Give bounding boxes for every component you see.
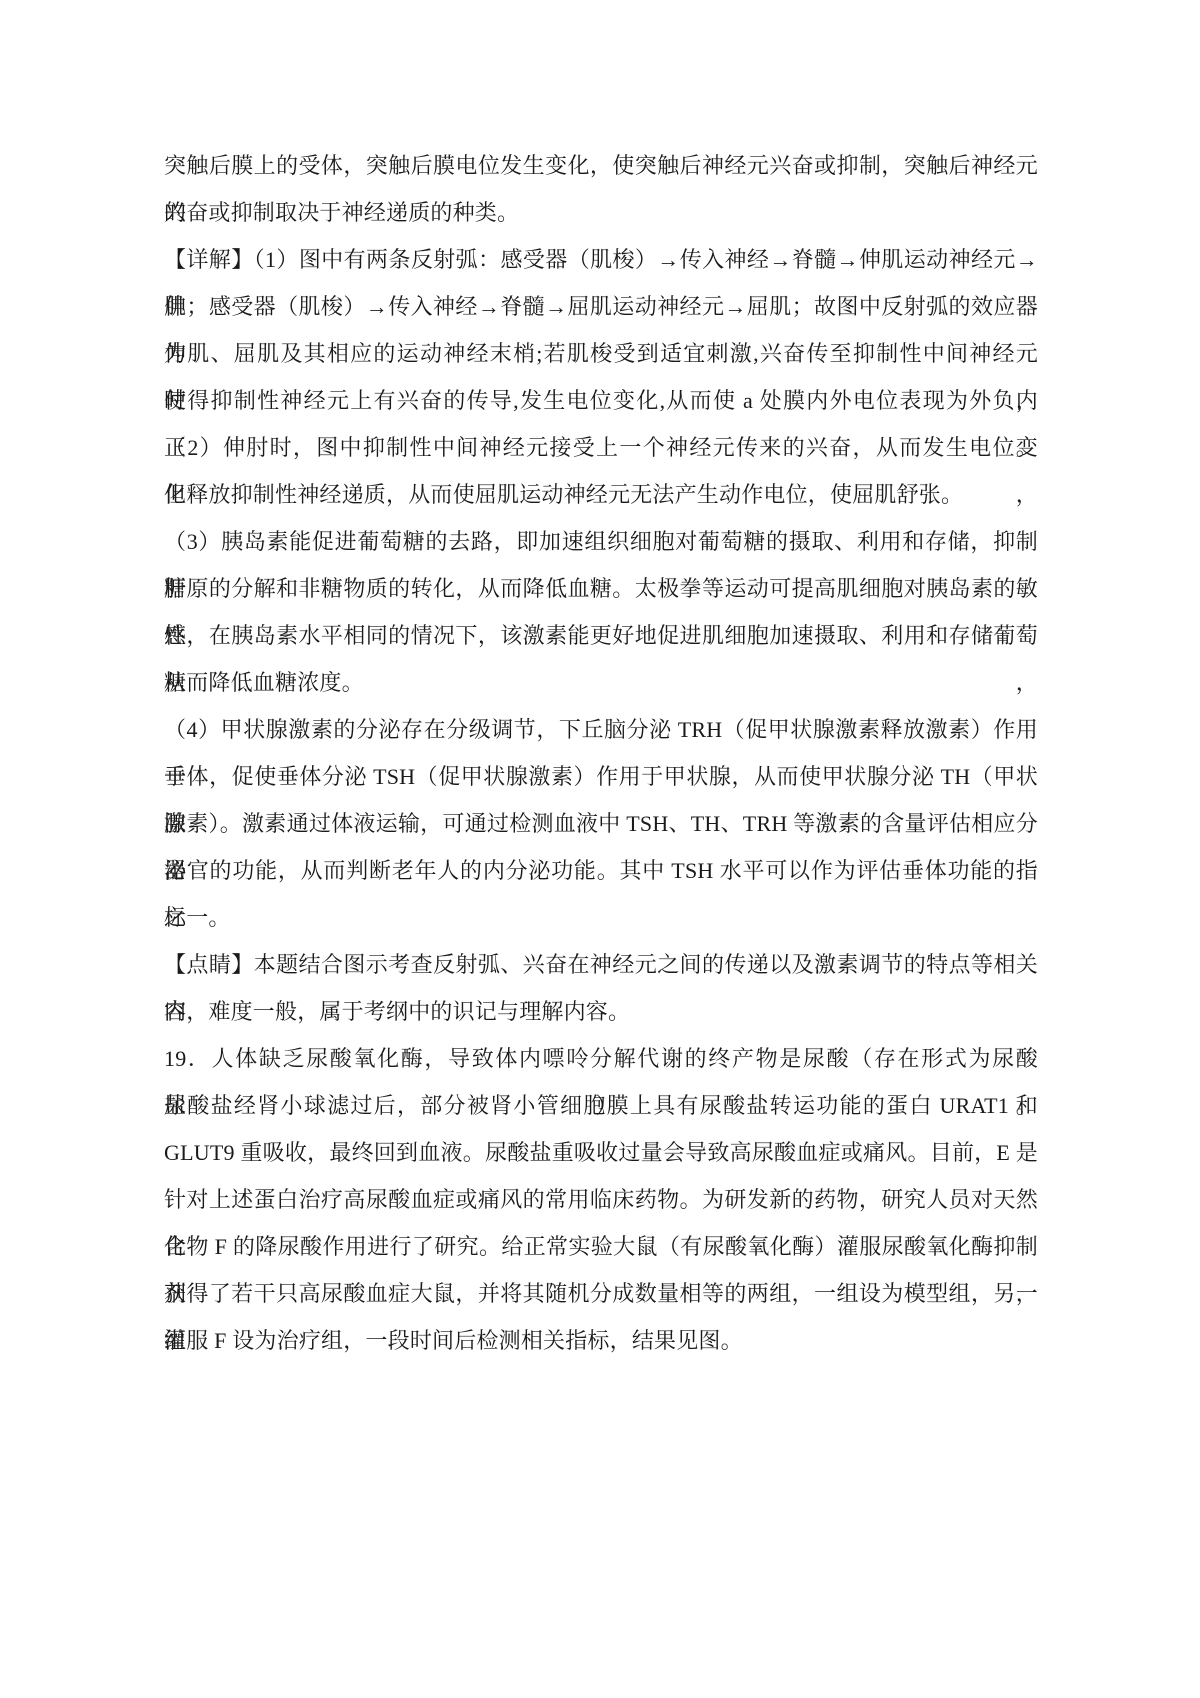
text-line: 尿酸盐经肾小球滤过后，部分被肾小管细胞膜上具有尿酸盐转运功能的蛋白 URAT1 …	[164, 1082, 1038, 1129]
document-page: 突触后膜上的受体，突触后膜电位发生变化，使突触后神经元兴奋或抑制，突触后神经元的…	[0, 0, 1200, 1698]
text-line: 器官的功能，从而判断老年人的内分泌功能。其中 TSH 水平可以作为评估垂体功能的…	[164, 847, 1038, 894]
text-line: 垂体，促使垂体分泌 TSH（促甲状腺激素）作用于甲状腺，从而使甲状腺分泌 TH（…	[164, 753, 1038, 800]
text-line: 容，难度一般，属于考纲中的识记与理解内容。	[164, 988, 1038, 1035]
text-line: 激素）。激素通过体液运输，可通过检测血液中 TSH、TH、TRH 等激素的含量评…	[164, 800, 1038, 847]
text-line: （4）甲状腺激素的分泌存在分级调节，下丘脑分泌 TRH（促甲状腺激素释放激素）作…	[164, 706, 1038, 753]
text-line: 突触后膜上的受体，突触后膜电位发生变化，使突触后神经元兴奋或抑制，突触后神经元的	[164, 142, 1038, 189]
text-line: 之一。	[164, 894, 1038, 941]
document-body: 突触后膜上的受体，突触后膜电位发生变化，使突触后神经元兴奋或抑制，突触后神经元的…	[164, 142, 1038, 1364]
text-line: 【点睛】本题结合图示考查反射弧、兴奋在神经元之间的传递以及激素调节的特点等相关内	[164, 941, 1038, 988]
text-line: 性，在胰岛素水平相同的情况下，该激素能更好地促进肌细胞加速摄取、利用和存储葡萄糖…	[164, 612, 1038, 659]
text-line: 兴奋或抑制取决于神经递质的种类。	[164, 189, 1038, 236]
text-line: 灌服 F 设为治疗组，一段时间后检测相关指标，结果见图。	[164, 1317, 1038, 1364]
text-line: 【详解】（1）图中有两条反射弧：感受器（肌梭）→传入神经→脊髓→伸肌运动神经元→…	[164, 236, 1038, 283]
text-line: 19．人体缺乏尿酸氧化酶，导致体内嘌呤分解代谢的终产物是尿酸（存在形式为尿酸盐）…	[164, 1035, 1038, 1082]
text-line: 针对上述蛋白治疗高尿酸血症或痛风的常用临床药物。为研发新的药物，研究人员对天然化	[164, 1176, 1038, 1223]
text-line: 伸肌、屈肌及其相应的运动神经末梢;若肌梭受到适宜刺激,兴奋传至抑制性中间神经元时…	[164, 330, 1038, 377]
text-line: （2）伸肘时，图中抑制性中间神经元接受上一个神经元传来的兴奋，从而发生电位变化，	[164, 424, 1038, 471]
text-line: 但释放抑制性神经递质，从而使屈肌运动神经元无法产生动作电位，使屈肌舒张。	[164, 471, 1038, 518]
text-line: （3）胰岛素能促进葡萄糖的去路，即加速组织细胞对葡萄糖的摄取、利用和存储，抑制肝	[164, 518, 1038, 565]
text-line: 糖原的分解和非糖物质的转化，从而降低血糖。太极拳等运动可提高肌细胞对胰岛素的敏感	[164, 565, 1038, 612]
text-line: 合物 F 的降尿酸作用进行了研究。给正常实验大鼠（有尿酸氧化酶）灌服尿酸氧化酶抑…	[164, 1223, 1038, 1270]
text-line: GLUT9 重吸收，最终回到血液。尿酸盐重吸收过量会导致高尿酸血症或痛风。目前，…	[164, 1129, 1038, 1176]
text-line: 使得抑制性神经元上有兴奋的传导,发生电位变化,从而使 a 处膜内外电位表现为外负…	[164, 377, 1038, 424]
text-line: 获得了若干只高尿酸血症大鼠，并将其随机分成数量相等的两组，一组设为模型组，另一组	[164, 1270, 1038, 1317]
text-line: 肌；感受器（肌梭）→传入神经→脊髓→屈肌运动神经元→屈肌；故图中反射弧的效应器为	[164, 283, 1038, 330]
